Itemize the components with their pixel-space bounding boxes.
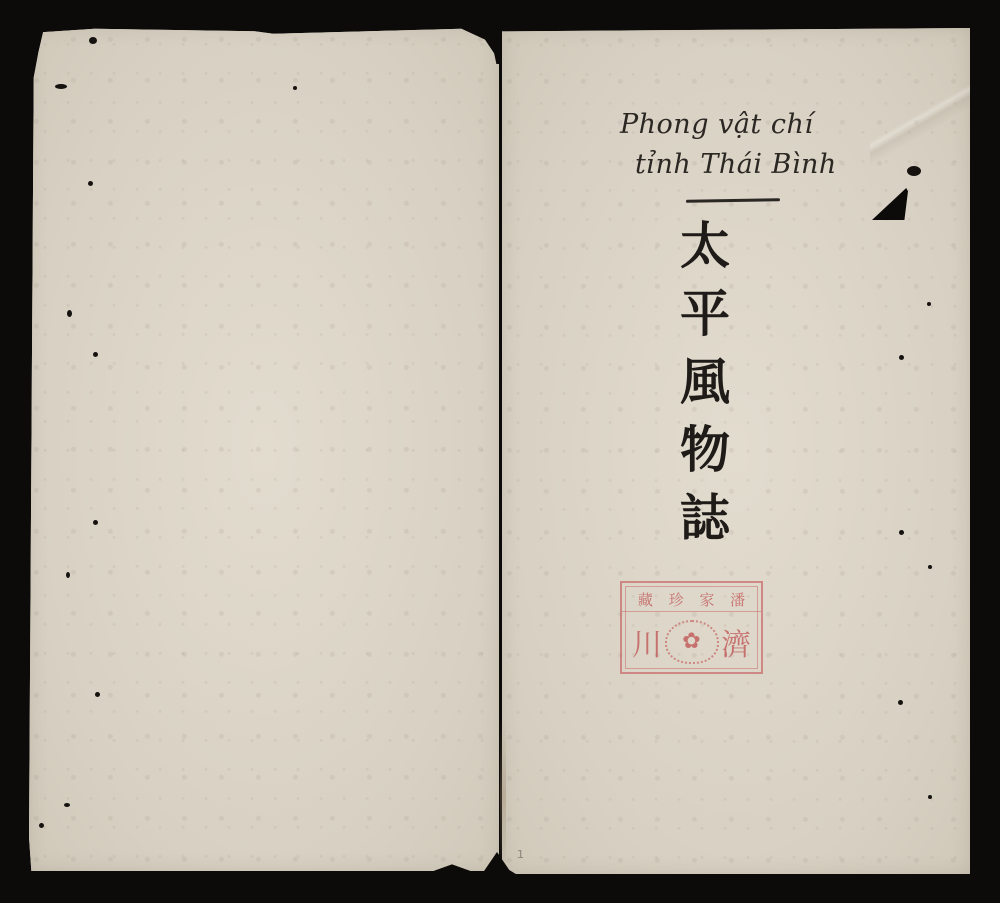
seal-bottom-row: 川 ✿ 濟 xyxy=(622,615,761,668)
title-char: 物 xyxy=(680,416,730,484)
handwritten-note: Phong vật chí tỉnh Thái Bình xyxy=(620,105,837,185)
title-char: 太 xyxy=(680,212,730,280)
binding-hole xyxy=(899,355,904,360)
binding-hole xyxy=(898,700,903,705)
flower-icon: ✿ xyxy=(682,629,700,654)
binding-hole xyxy=(293,86,297,90)
seal-right-glyph: 濟 xyxy=(721,620,751,664)
title-char: 風 xyxy=(680,348,730,416)
binding-hole xyxy=(39,823,44,828)
binding-hole xyxy=(88,181,93,186)
binding-hole xyxy=(55,84,67,89)
title-char: 誌 xyxy=(680,484,730,552)
binding-hole xyxy=(64,803,70,807)
binding-hole xyxy=(907,166,921,176)
binding-hole xyxy=(927,302,931,306)
seal-char: 珍 xyxy=(669,589,684,610)
binding-hole xyxy=(928,565,932,569)
binding-hole xyxy=(928,795,932,799)
binding-hole xyxy=(89,37,97,44)
title-char: 平 xyxy=(680,280,730,348)
note-line-2: tỉnh Thái Bình xyxy=(635,145,837,185)
seal-char: 藏 xyxy=(638,589,653,610)
seal-emblem-icon: ✿ xyxy=(665,620,719,664)
binding-hole xyxy=(93,520,98,525)
binding-hole xyxy=(67,310,72,317)
seal-char: 潘 xyxy=(730,589,745,610)
seal-left-glyph: 川 xyxy=(632,620,662,664)
collector-seal: 藏 珍 家 潘 川 ✿ 濟 xyxy=(620,581,763,674)
binding-hole xyxy=(66,572,70,578)
spine-stain xyxy=(500,720,506,870)
binding-hole xyxy=(95,692,100,697)
binding-hole xyxy=(93,352,98,357)
seal-char: 家 xyxy=(699,589,714,610)
seal-top-row: 藏 珍 家 潘 xyxy=(622,587,761,612)
binding-hole xyxy=(899,530,904,535)
vertical-title: 太 平 風 物 誌 xyxy=(660,212,750,552)
page-mark: 1 xyxy=(517,848,524,861)
left-page xyxy=(29,27,499,871)
note-line-1: Phong vật chí xyxy=(620,105,837,145)
